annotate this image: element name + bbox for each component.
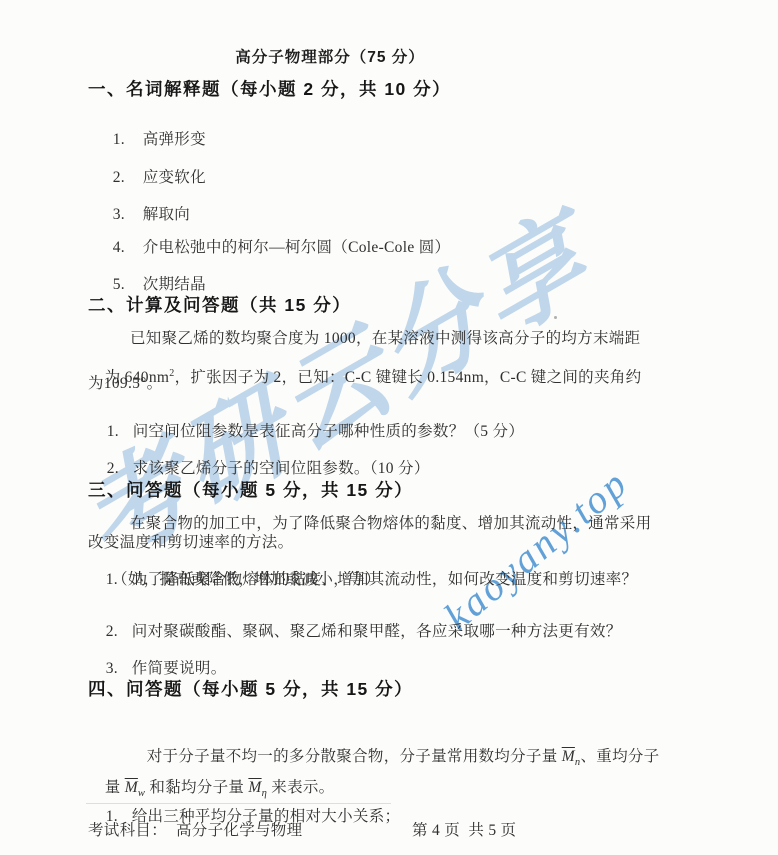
mn-symbol: M xyxy=(562,748,575,765)
paragraph-text: 、重均分子 xyxy=(580,748,659,765)
calc-paragraph-line-3: 为109.5°。 xyxy=(88,371,162,393)
footer-subject-label: 考试科目： xyxy=(88,818,167,840)
calc-paragraph-line-1: 已知聚乙烯的数均聚合度为 1000，在某溶液中测得该高分子的均方末端距 xyxy=(130,326,640,348)
scanned-exam-page: 考研云分享 kaoyany.top 高分子物理部分（75 分） 一、名词解释题（… xyxy=(0,0,778,855)
section-2-heading: 二、计算及问答题（共 15 分） xyxy=(88,292,351,317)
section-4-heading: 四、问答题（每小题 5 分，共 15 分） xyxy=(88,676,413,701)
item-text: 高弹形变 xyxy=(143,131,206,148)
footer-subject-value: 高分子化学与物理 xyxy=(176,818,302,840)
paragraph-text: ，扩张因子为 2，已知：C-C 键键长 0.154nm，C-C 键之间的夹角约 xyxy=(175,369,642,386)
section-3-heading: 三、问答题（每小题 5 分，共 15 分） xyxy=(88,477,413,502)
section-1-heading: 一、名词解释题（每小题 2 分，共 10 分） xyxy=(88,76,451,101)
calc-paragraph-line-2: 为 640nm2，扩张因子为 2，已知：C-C 键键长 0.154nm，C-C … xyxy=(88,347,641,405)
qa3-question-1-continuation: （如，提高或降低，增加或减小，等） xyxy=(112,567,381,589)
item-number: 2. xyxy=(107,460,133,478)
scan-speck xyxy=(554,316,557,319)
item-text: 作简要说明。 xyxy=(132,660,227,677)
footer-page-info: 第 4 页 共 5 页 xyxy=(412,818,516,840)
page-title: 高分子物理部分（75 分） xyxy=(0,45,660,67)
item-text: 求该聚乙烯分子的空间位阻参数。（10 分） xyxy=(133,460,430,477)
item-text: 次期结晶 xyxy=(143,276,206,293)
